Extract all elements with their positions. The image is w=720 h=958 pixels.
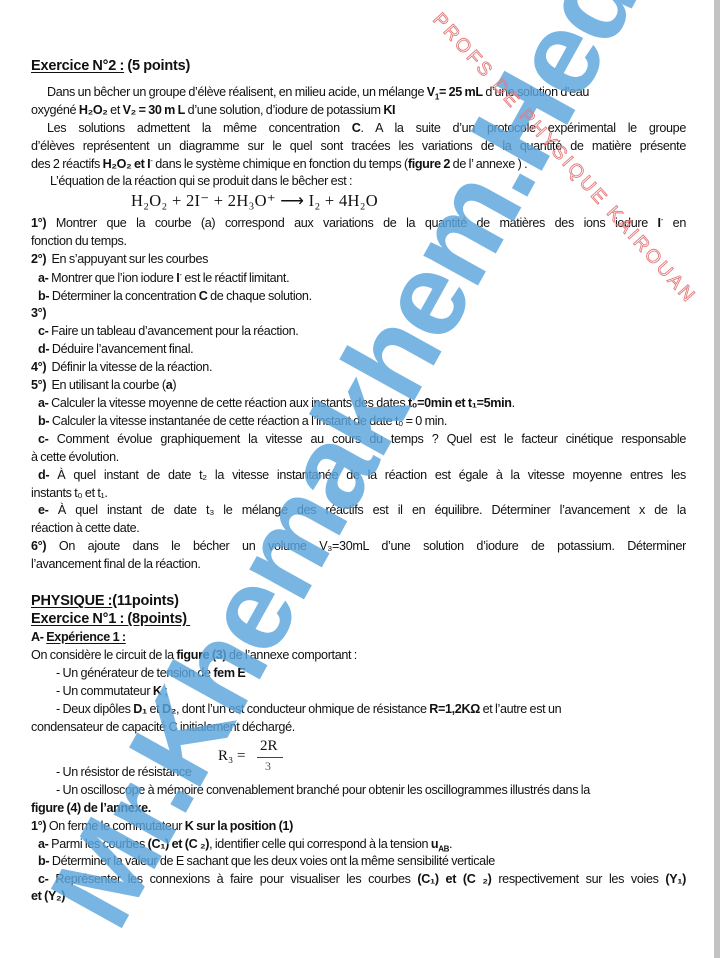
- circuit-intro: On considère le circuit de la figure (3)…: [31, 647, 686, 664]
- item-dipoles-cont: condensateur de capacité C initialement …: [31, 719, 686, 736]
- question-2a: a- Montrer que l’ion iodure I- est le ré…: [38, 270, 686, 287]
- question-1: 1°) Montrer que la courbe (a) correspond…: [31, 215, 686, 232]
- experience-1-heading: A- Expérience 1 :: [31, 629, 686, 646]
- question-5: 5°) En utilisant la courbe (a): [31, 377, 686, 394]
- item-dipoles: - Deux dipôles D₁ et D₂, dont l’un est c…: [56, 701, 711, 718]
- exam-page: Exercice N°2 : (5 points) Dans un bêcher…: [0, 0, 714, 958]
- text: d’une solution d'eau: [483, 85, 589, 99]
- physics-question-1: 1°) On ferme le commutateur K sur la pos…: [31, 818, 686, 835]
- item-resistor: - Un résistor de résistance: [56, 764, 711, 781]
- question-5d: d- À quel instant de date t₂ la vitesse …: [38, 467, 686, 484]
- physics-question-1c-cont: et (Y₂): [31, 888, 686, 905]
- question-2: 2°) En s’appuyant sur les courbes: [31, 251, 686, 268]
- intro-line-5: des 2 réactifs H₂O₂ et I- dans le systèm…: [31, 156, 686, 173]
- physics-question-1a: a- Parmi les courbes (C₁) et (C ₂), iden…: [38, 836, 686, 853]
- question-3: 3°): [31, 305, 686, 322]
- physics-question-1c: c- Représenter les connexions à faire po…: [38, 871, 686, 888]
- intro-line-4: d’élèves représentent un diagramme sur l…: [31, 138, 686, 155]
- question-5c-cont: à cette évolution.: [31, 449, 686, 466]
- question-6-cont: l’avancement final de la réaction.: [31, 556, 686, 573]
- scrollbar[interactable]: [714, 0, 720, 958]
- exercise-2-points: (5 points): [124, 58, 190, 74]
- figure-4-ref: figure (4) de l’annexe.: [31, 800, 686, 817]
- reaction-equation: H₂O₂ + 2I⁻ + 2H₃O⁺ ⟶ I₂ + 4H₂O: [131, 191, 378, 211]
- ki-formula: KI: [383, 103, 395, 117]
- question-2b: b- Déterminer la concentration C de chaq…: [38, 288, 686, 305]
- figure-3-ref: figure (3): [176, 648, 226, 662]
- text: Dans un bêcher un groupe d’élève réalise…: [47, 85, 427, 99]
- intro-line-2: oxygéné H₂O₂ et V₂ = 30 m L d’une soluti…: [31, 102, 686, 119]
- intro-line-3: Les solutions admettent la même concentr…: [47, 120, 686, 137]
- figure-2-ref: figure 2: [408, 157, 450, 171]
- item-generator: - Un générateur de tension de fem E: [56, 665, 711, 682]
- question-3d: d- Déduire l’avancement final.: [38, 341, 686, 358]
- question-1-cont: fonction du temps.: [31, 233, 686, 250]
- item-switch: - Un commutateur K ;: [56, 683, 711, 700]
- v2-value: V₂ = 30 m L: [123, 103, 185, 117]
- question-4: 4°) Définir la vitesse de la réaction.: [31, 359, 686, 376]
- question-6: 6°) On ajoute dans le bécher un volume V…: [31, 538, 686, 555]
- question-5c: c- Comment évolue graphiquement la vites…: [38, 431, 686, 448]
- question-5b: b- Calculer la vitesse instantanée de ce…: [38, 413, 686, 430]
- exercise-2-title: Exercice N°2 :: [31, 58, 124, 74]
- item-oscilloscope: - Un oscilloscope à mémoire convenableme…: [56, 782, 711, 799]
- question-5d-cont: instants t₀ et t₁.: [31, 485, 686, 502]
- equation-intro: L’équation de la réaction qui se produit…: [50, 173, 705, 190]
- question-3c: c- Faire un tableau d’avancement pour la…: [38, 323, 686, 340]
- exercise-2-heading: Exercice N°2 : (5 points): [31, 58, 686, 75]
- v1-value: V1= 25 mL: [427, 85, 483, 99]
- exercise-1-heading: Exercice N°1 : (8points): [31, 611, 686, 628]
- intro-line-1: Dans un bêcher un groupe d’élève réalise…: [47, 84, 686, 101]
- question-5a: a- Calculer la vitesse moyenne de cette …: [38, 395, 686, 412]
- physics-question-1b: b- Déterminer la valeur de E sachant que…: [38, 853, 686, 870]
- h2o2-formula: H₂O₂: [79, 103, 108, 117]
- physics-heading: PHYSIQUE :(11points): [31, 593, 686, 610]
- question-5e-cont: réaction à cette date.: [31, 520, 686, 537]
- question-5e: e- À quel instant de date t₃ le mélange …: [38, 502, 686, 519]
